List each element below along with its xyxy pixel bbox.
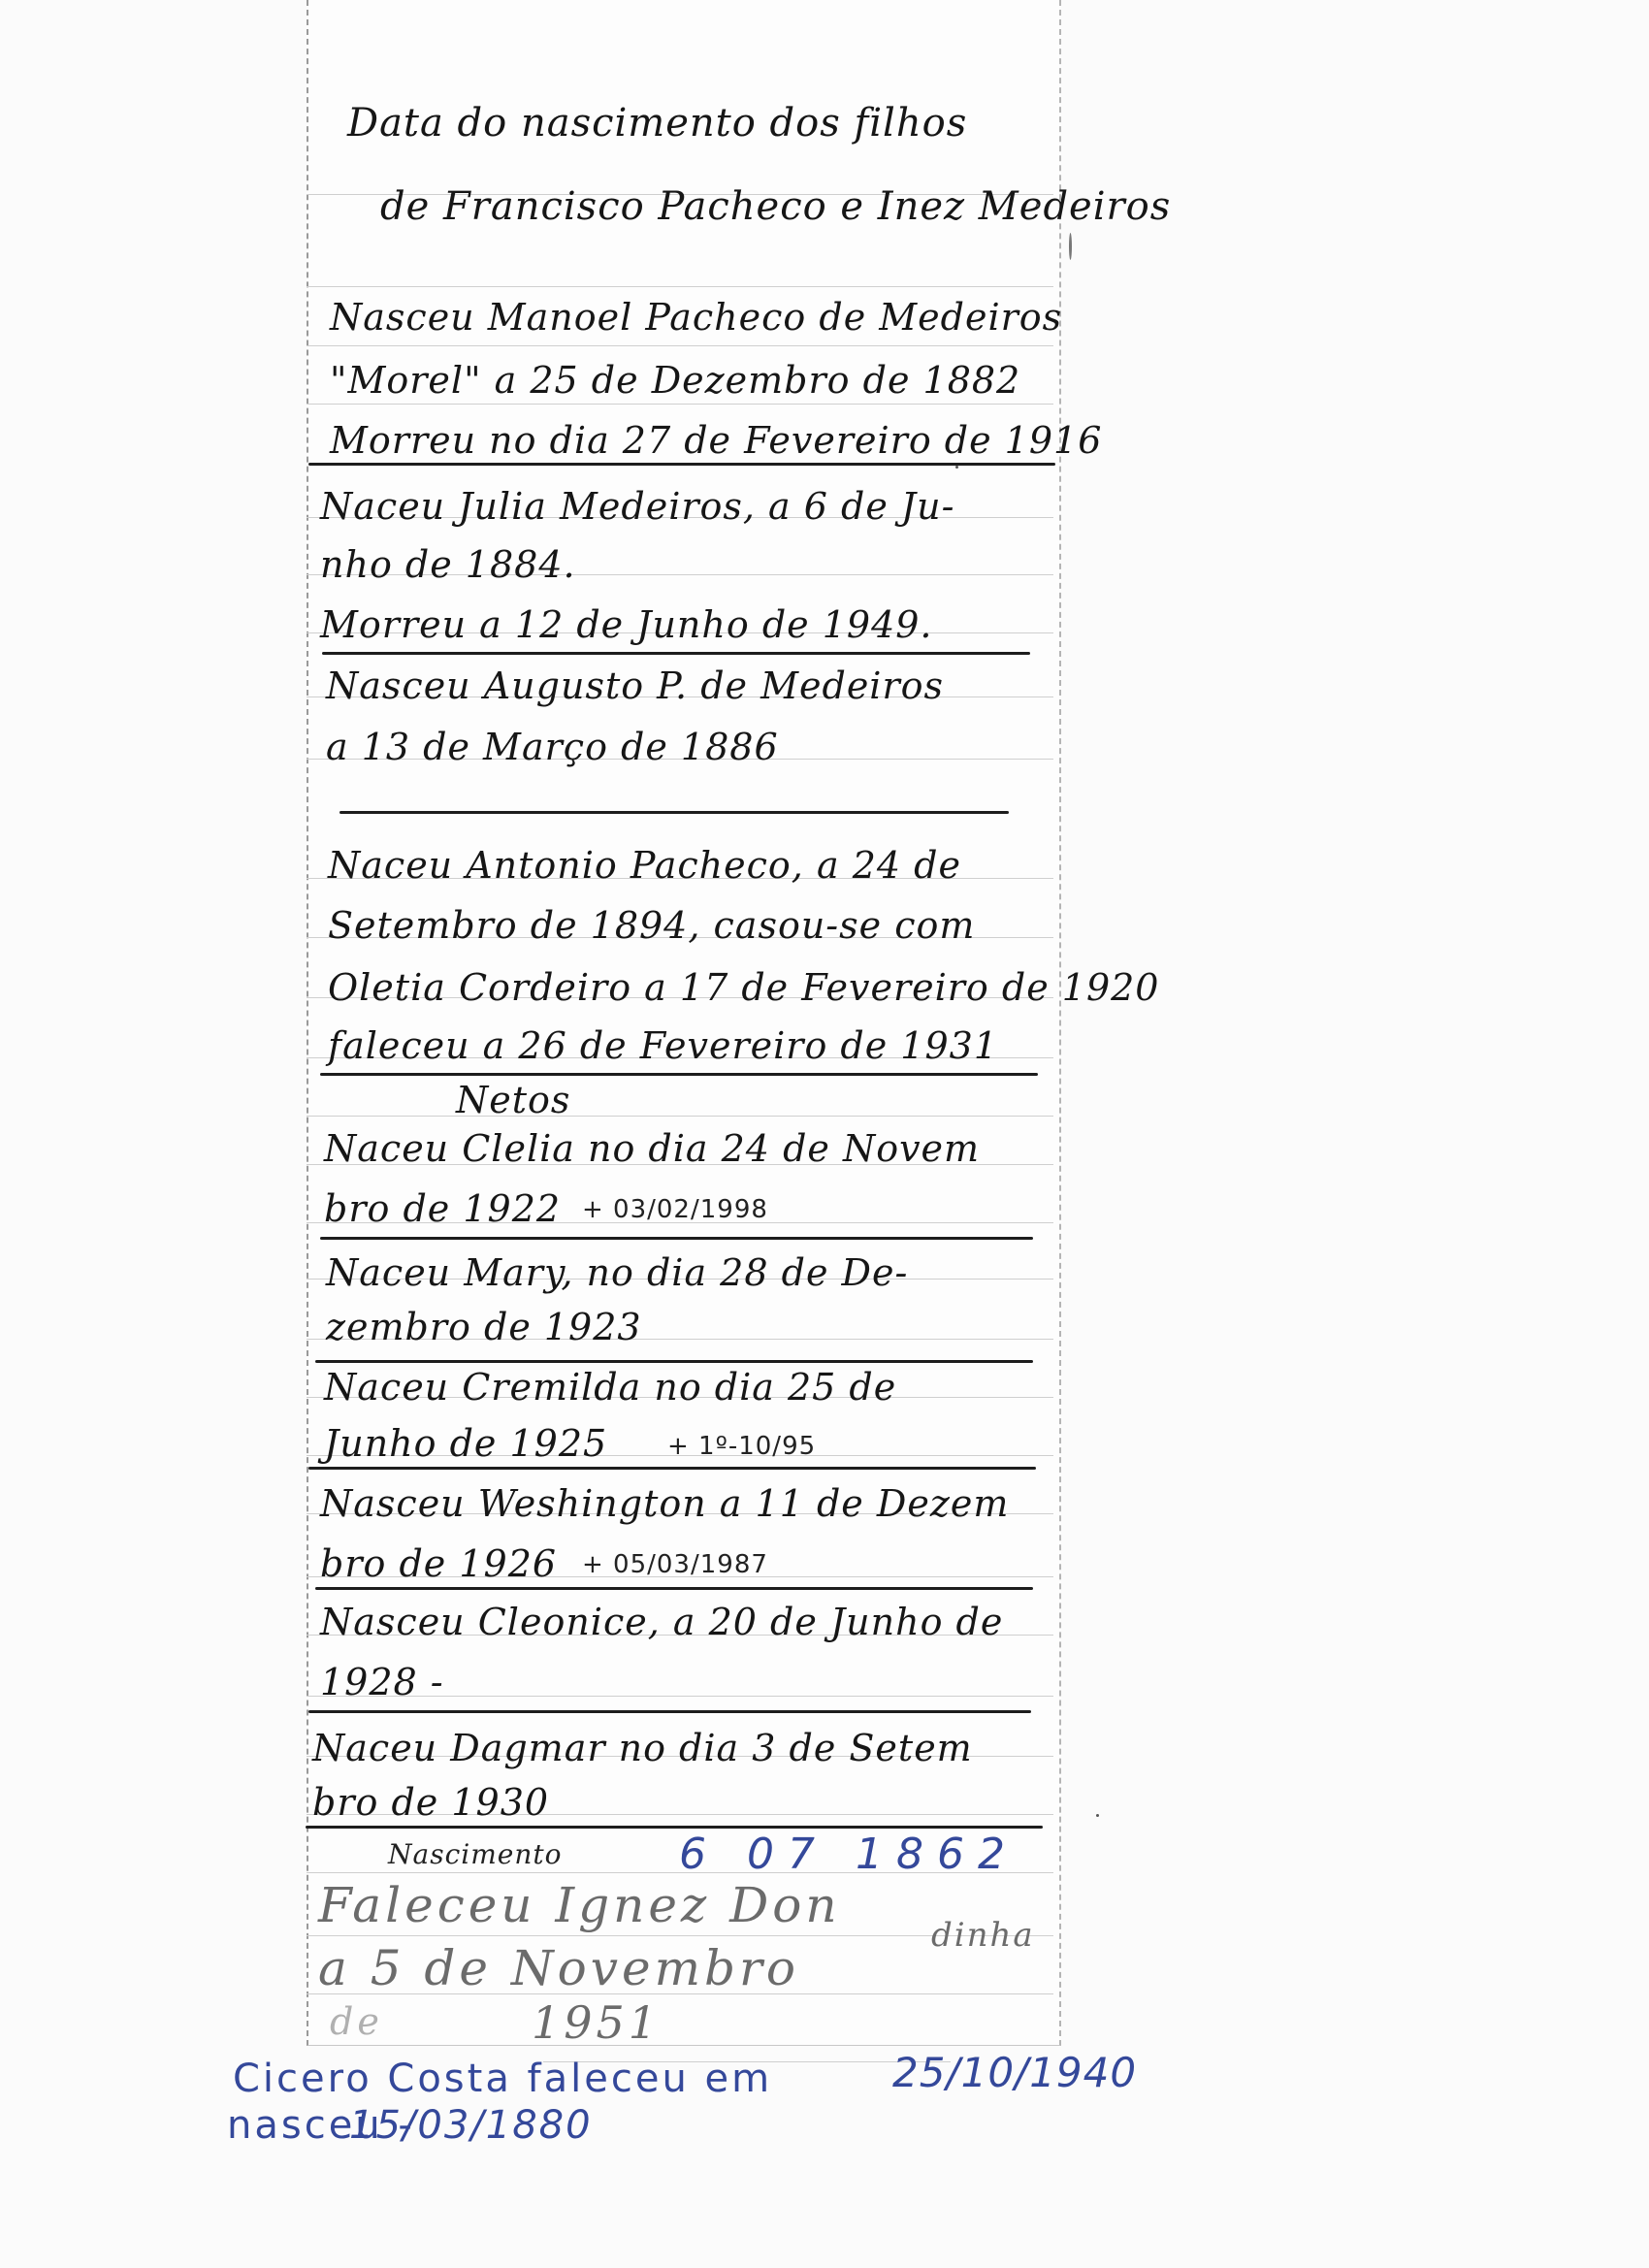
child-3-line-2: a 13 de Março de 1886 (326, 726, 779, 768)
grandchild-4-line-1: Nasceu Weshington a 11 de Dezem (320, 1482, 1009, 1525)
inez-birth-date: 6 07 1862 (679, 1830, 1018, 1879)
grandchild-5-line-2: 1928 - (320, 1661, 444, 1703)
separator-line (308, 1710, 1031, 1713)
separator-line (308, 1467, 1036, 1470)
grandchild-2-line-2: zembro de 1923 (326, 1306, 642, 1348)
ruled-line (307, 345, 1053, 346)
separator-line (315, 1587, 1033, 1590)
footer-note-line-1-text: Cicero Costa faleceu em (233, 2057, 772, 2101)
inez-death-line-3-prefix: de (330, 2000, 383, 2043)
separator-line (308, 463, 1055, 466)
scan-speck (1096, 1814, 1099, 1817)
child-4-line-4: faleceu a 26 de Fevereiro de 1931 (328, 1024, 998, 1067)
inez-death-year: 1951 (532, 1996, 661, 2049)
grandchild-1-line-2: bro de 1922 (324, 1187, 561, 1230)
inez-death-line-2: a 5 de Novembro (318, 1940, 799, 1996)
footer-note-line-1-date: 25/10/1940 (892, 2049, 1137, 2096)
separator-line (306, 1826, 1043, 1829)
grandchild-4-death-note: + 05/03/1987 (582, 1550, 768, 1579)
grandchildren-heading: Netos (456, 1079, 570, 1121)
inez-birth-label: Nascimento (388, 1838, 562, 1870)
grandchild-1-line-1: Naceu Clelia no dia 24 de Novem (324, 1127, 980, 1170)
child-2-line-2: nho de 1884. (320, 543, 576, 586)
grandchild-2-line-1: Naceu Mary, no dia 28 de De- (326, 1251, 908, 1294)
grandchild-3-line-2: Junho de 1925 (324, 1422, 607, 1465)
grandchild-5-line-1: Nasceu Cleonice, a 20 de Junho de (320, 1601, 1003, 1643)
ruled-line (307, 1116, 1053, 1117)
ruled-line (307, 286, 1053, 287)
grandchild-3-death-note: + 1º-10/95 (667, 1432, 816, 1461)
child-4-line-3: Oletia Cordeiro a 17 de Fevereiro de 192… (328, 966, 1159, 1009)
child-2-line-3: Morreu a 12 de Junho de 1949. (320, 603, 933, 646)
inez-death-line-1-suffix: dinha (931, 1916, 1035, 1955)
child-4-line-1: Naceu Antonio Pacheco, a 24 de (328, 844, 961, 887)
scan-speck (1069, 233, 1072, 260)
child-1-line-3: Morreu no dia 27 de Fevereiro de 1916 (330, 419, 1102, 462)
scan-speck (1036, 204, 1039, 207)
separator-line (320, 1237, 1033, 1240)
document-title-line-1: Data do nascimento dos filhos (347, 101, 967, 146)
ruled-line (307, 404, 1053, 405)
child-2-line-1: Naceu Julia Medeiros, a 6 de Ju- (320, 485, 954, 528)
separator-line (322, 652, 1030, 655)
grandchild-3-line-1: Naceu Cremilda no dia 25 de (324, 1366, 896, 1409)
grandchild-6-line-2: bro de 1930 (312, 1781, 549, 1824)
scan-speck (955, 466, 958, 469)
grandchild-1-death-note: + 03/02/1998 (582, 1195, 768, 1224)
child-1-line-1: Nasceu Manoel Pacheco de Medeiros (330, 296, 1062, 339)
child-3-line-1: Nasceu Augusto P. de Medeiros (326, 664, 944, 707)
separator-line (320, 1073, 1038, 1076)
child-4-line-2: Setembro de 1894, casou-se com (328, 904, 975, 947)
grandchild-6-line-1: Naceu Dagmar no dia 3 de Setem (312, 1727, 973, 1769)
separator-line (315, 1360, 1033, 1363)
footer-note-line-2-date: 15/03/1880 (349, 2103, 593, 2148)
document-title-line-2: de Francisco Pacheco e Inez Medeiros (380, 184, 1171, 229)
inez-death-line-1: Faleceu Ignez Don (318, 1877, 841, 1933)
separator-line (339, 811, 1009, 814)
grandchild-4-line-2: bro de 1926 (320, 1542, 557, 1585)
child-1-line-2: "Morel" a 25 de Dezembro de 1882 (330, 359, 1020, 402)
